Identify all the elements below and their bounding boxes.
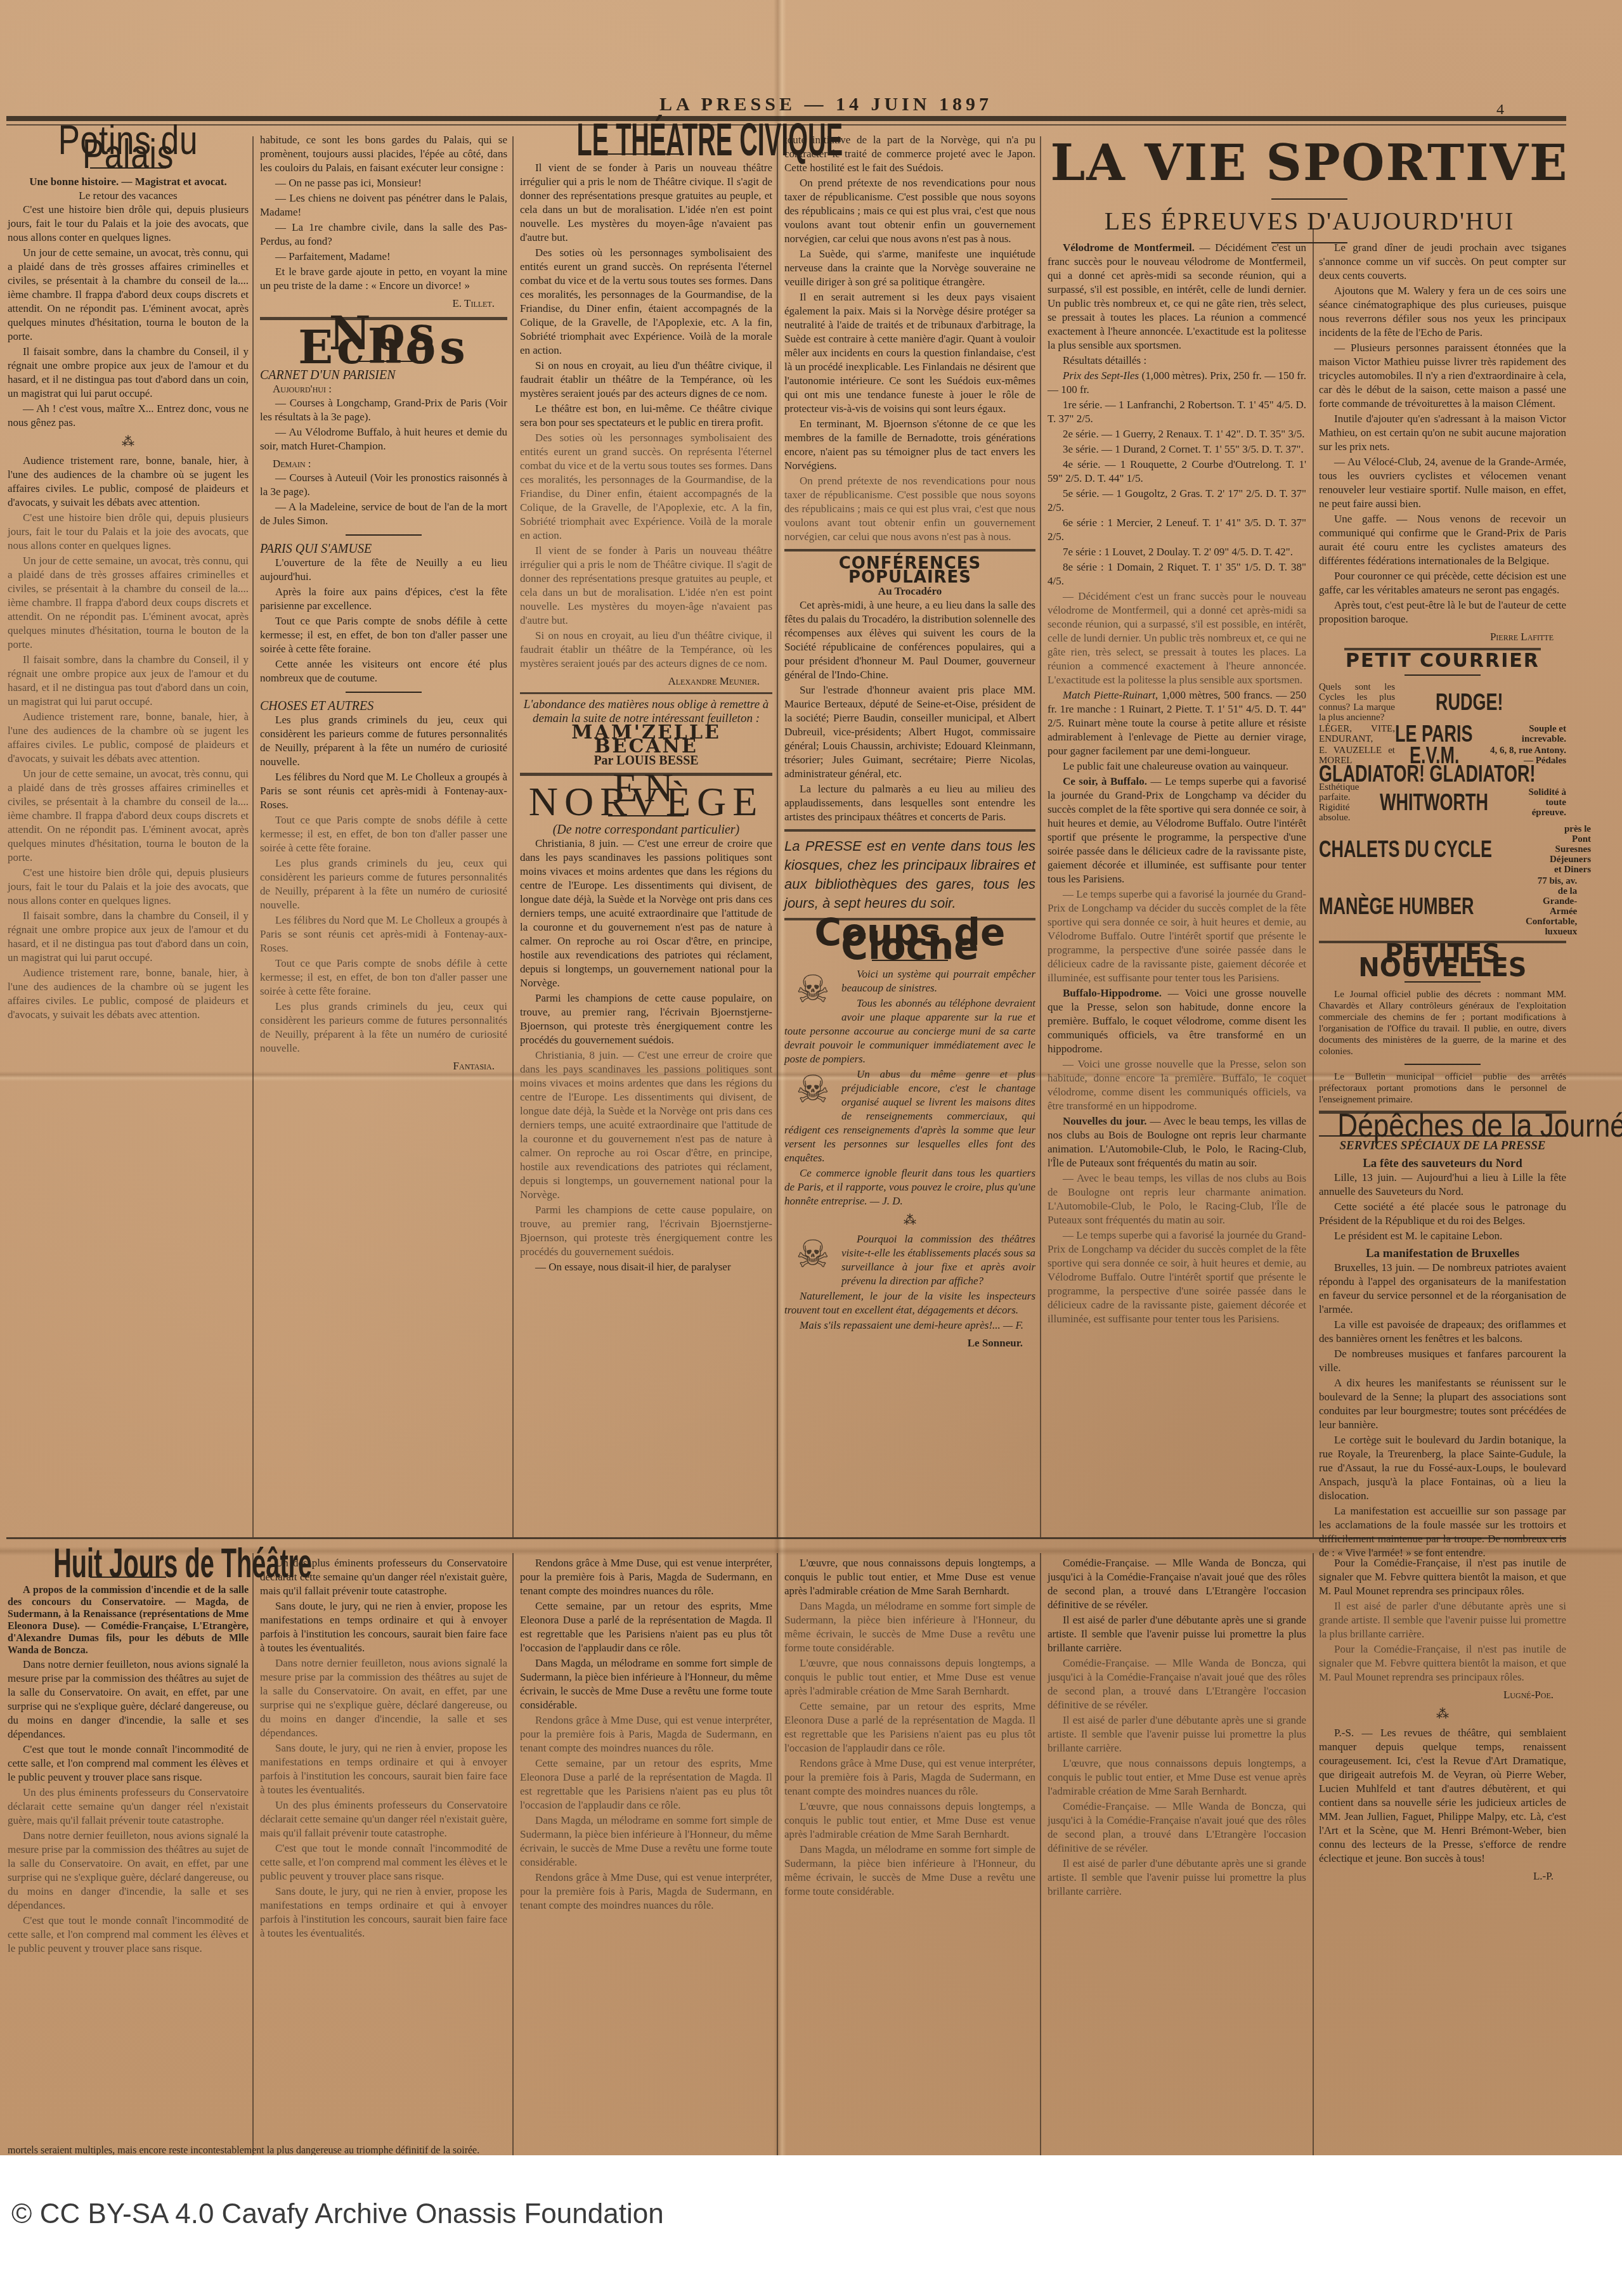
paragraph: Et le brave garde ajoute in petto, en vo… (260, 265, 507, 293)
article-huit-jours-col5: Comédie-Française. — Mlle Wanda de Boncz… (1048, 1556, 1306, 1900)
ad-right-text: 77 bis, av. de la Grande-Armée Confortab… (1526, 876, 1577, 937)
paragraph: Il est aisé de parler d'une débutante ap… (1048, 1713, 1306, 1755)
paragraph: Le grand dîner de jeudi prochain avec ts… (1319, 241, 1566, 283)
paragraph: L'ouverture de la fête de Neuilly a eu l… (260, 556, 507, 584)
paragraph: Il faisait sombre, dans la chambre du Co… (8, 653, 249, 709)
results-label: Résultats détaillés : (1048, 354, 1306, 368)
paragraph: — Le temps superbe qui a favorisé la jou… (1048, 1229, 1306, 1326)
article-subtitle-2: Le retour des vacances (8, 189, 249, 203)
race-title: Prix des Sept-Iles (1063, 370, 1139, 382)
column-divider (1313, 228, 1314, 1537)
paragraph: Si on nous en croyait, au lieu d'un théâ… (520, 359, 772, 401)
ad-brand: WHITWORTH (1380, 796, 1488, 809)
paragraph: P.-S. — Les revues de théâtre, qui sembl… (1319, 1726, 1566, 1866)
classified-ad: GLADIATOR! GLADIATOR! (1319, 767, 1566, 781)
dispatch-headline: La manifestation de Bruxelles (1319, 1247, 1566, 1261)
paragraph: Dans notre dernier feuilleton, nous avio… (8, 1658, 249, 1741)
column-divider (777, 136, 778, 1537)
ad-brand: LE PARIS (1395, 727, 1473, 741)
bottom-line: mortels seraient multiples, mais encore … (8, 2144, 1555, 2155)
title-rule (346, 534, 422, 536)
article-theatre-civique: LE THÉATRE CIVIQUE Il vient de se fonder… (520, 133, 772, 1275)
result-row: 2e série. — 1 Guerry, 2 Renaux. T. 1' 42… (1048, 427, 1306, 441)
paragraph: Rendons grâce à Mme Duse, qui est venue … (784, 1757, 1035, 1798)
paragraph: Audience tristement rare, bonne, banale,… (8, 710, 249, 766)
paragraph: Lille, 13 juin. — Aujourd'hui a lieu à L… (1319, 1171, 1566, 1199)
paragraph: Audience tristement rare, bonne, banale,… (8, 454, 249, 510)
paragraph: Dans notre dernier feuilleton, nous avio… (8, 1829, 249, 1912)
paragraph: C'est que tout le monde connaît l'incomm… (8, 1743, 249, 1784)
column-divider (512, 136, 514, 1537)
article-title: Coups de Cloche (784, 925, 1035, 953)
paragraph: Il en serait autrement si les deux pays … (784, 290, 1035, 416)
paragraph: — On essaye, nous disait-il hier, de par… (520, 1260, 772, 1274)
ad-brand: RUDGE! (1436, 695, 1503, 709)
paragraph: Les plus grands criminels du jeu, ceux q… (260, 1000, 507, 1055)
result-row: 5e série. — 1 Gougoltz, 2 Gras. T. 2' 17… (1048, 487, 1306, 515)
article-vie-sportive-header: LA VIE SPORTIVE LES ÉPREUVES D'AUJOURD'H… (1046, 134, 1573, 250)
paragraph: — Ah ! c'est vous, maître X... Entrez do… (8, 402, 249, 430)
paragraph: On prend prétexte de nos revendications … (784, 176, 1035, 246)
article-title: Potins du Palais (32, 133, 224, 161)
signature: Alexandre Meunier. (520, 674, 760, 688)
title-rule (346, 692, 422, 693)
summary: A propos de la commission d'incendie et … (8, 1584, 249, 1656)
article-title: Huit Jours de Théâtre (53, 1556, 203, 1570)
paragraph: Il est aisé de parler d'une débutante ap… (1048, 1613, 1306, 1655)
paragraph: Cet après-midi, à une heure, a eu lieu d… (784, 598, 1035, 682)
result-row: 8e série : 1 Domain, 2 Riquet. T. 1' 35"… (1048, 560, 1306, 588)
paragraph: Pour couronner ce qui précède, cette déc… (1319, 569, 1566, 597)
paragraph: Il faisait sombre, dans la chambre du Co… (8, 909, 249, 965)
paragraph: L'œuvre, que nous connaissons depuis lon… (1048, 1757, 1306, 1798)
ad-left-text: Esthétique parfaite. Rigidité absolue. (1319, 782, 1380, 823)
paragraph: Comédie-Française. — Mlle Wanda de Boncz… (1048, 1656, 1306, 1712)
buffalo-text: — Le temps superbe qui a favorisé la jou… (1048, 775, 1306, 885)
masthead: LA PRESSE — 14 JUIN 1897 (659, 94, 992, 115)
ad-brand: GLADIATOR! GLADIATOR! (1319, 767, 1535, 781)
article-vie-sportive-col2: Le grand dîner de jeudi prochain avec ts… (1319, 241, 1566, 1561)
article-huit-jours-col1: Huit Jours de Théâtre A propos de la com… (8, 1556, 249, 1957)
signature: Pierre Lafitte (1319, 630, 1554, 644)
ad-left-text: Quels sont les Cycles les plus connus? L… (1319, 682, 1395, 723)
paragraph: Ajoutons que M. Walery y fera un de ces … (1319, 284, 1566, 340)
paragraph: Un des plus éminents professeurs du Cons… (8, 1786, 249, 1828)
paragraph: Sans doute, le jury, qui ne rien à envie… (260, 1885, 507, 1940)
paragraph: Le Bulletin municipal officiel publie de… (1319, 1071, 1566, 1106)
paragraph: Cette semaine, par un retour des esprits… (520, 1757, 772, 1812)
article-title: LA VIE SPORTIVE (1046, 134, 1573, 192)
article-huit-jours-col3: Rendons grâce à Mme Duse, qui est venue … (520, 1556, 772, 1914)
paragraph: Le cortège suit le boulevard du Jardin b… (1319, 1433, 1566, 1503)
section-title: Nos Echos (260, 326, 507, 354)
paragraph: Parmi les champions de cette cause popul… (520, 991, 772, 1047)
paragraph: Les félibres du Nord que M. Le Cholleux … (260, 913, 507, 955)
paragraph: Des soties où les personnages symbolisai… (520, 246, 772, 358)
byline: (De notre correspondant particulier) (520, 823, 772, 837)
column-divider (1040, 1553, 1041, 2155)
paragraph: Après tout, c'est peut-être là le but de… (1319, 598, 1566, 626)
ad-brand: CHALETS DU CYCLE (1319, 842, 1492, 856)
section-rule (784, 549, 1035, 551)
paragraph: Le président est M. le capitaine Lebon. (1319, 1229, 1566, 1243)
signature: Lugné-Poe. (1319, 1688, 1554, 1702)
classified-ad: Quels sont les Cycles les plus connus? L… (1319, 682, 1566, 723)
match-title: Match Piette-Ruinart (1063, 689, 1155, 701)
asterism: ⁂ (1319, 1707, 1566, 1721)
paragraph: Sur l'estrade d'honneur avaient pris pla… (784, 683, 1035, 781)
paragraph: La Suède, qui s'arme, manifeste une inqu… (784, 247, 1035, 289)
result-row: 4e série. — 1 Rouquette, 2 Courbe d'Outr… (1048, 458, 1306, 486)
paragraph: Bruxelles, 13 juin. — De nombreux patrio… (1319, 1261, 1566, 1317)
paragraph: Tout ce que Paris compte de snobs défile… (260, 813, 507, 855)
title-rule (1405, 674, 1481, 676)
column-divider (1313, 1553, 1314, 2155)
paragraph: L'œuvre, que nous connaissons depuis lon… (784, 1656, 1035, 1698)
paragraph: Christiania, 8 juin. — C'est une erreur … (520, 837, 772, 990)
paragraph: — Les chiens ne doivent pas pénétrer dan… (260, 191, 507, 219)
subsection-title: PARIS QUI S'AMUSE (260, 542, 507, 556)
paragraph: La ville est pavoisée de drapeaux; des o… (1319, 1318, 1566, 1346)
paragraph: Cette semaine, par un retour des esprits… (520, 1599, 772, 1655)
ad-right-text: près le Pont Suresnes Déjeuners et Diner… (1550, 824, 1591, 875)
agenda-item: — Courses à Auteuil (Voir les pronostics… (260, 471, 507, 499)
paragraph: Dans Magda, un mélodrame en somme fort s… (520, 1656, 772, 1712)
signature: Le Sonneur. (784, 1336, 1023, 1350)
article-subtitle: Au Trocadéro (784, 584, 1035, 598)
paragraph: — Plusieurs personnes paraissent étonnée… (1319, 341, 1566, 411)
paragraph: C'est que tout le monde connaît l'incomm… (8, 1914, 249, 1956)
article-potins-du-palais: Potins du Palais Une bonne histoire. — M… (8, 133, 249, 1023)
paragraph: Un des plus éminents professeurs du Cons… (260, 1556, 507, 1598)
paragraph: Il vient de se fonder à Paris un nouveau… (520, 161, 772, 245)
asterism: ⁂ (784, 1213, 1035, 1227)
column-divider (252, 136, 254, 1537)
paragraph: Audience tristement rare, bonne, banale,… (8, 966, 249, 1022)
paragraph: Cette société a été placée sous le patro… (1319, 1200, 1566, 1228)
article-huit-jours-col4: L'œuvre, que nous connaissons depuis lon… (784, 1556, 1035, 1900)
result-row: 3e série. — 1 Durand, 2 Cornet. T. 1' 55… (1048, 442, 1306, 456)
paragraph: — Décidément c'est un franc succès pour … (1048, 590, 1306, 687)
hippodrome-title: Buffalo-Hippodrome. (1063, 987, 1162, 999)
subsection-title: CHOSES ET AUTRES (260, 699, 507, 713)
paragraph: Christiania, 8 juin. — C'est une erreur … (520, 1048, 772, 1202)
label-tomorrow: Demain : (273, 457, 507, 471)
article-nos-echos: habitude, ce sont les bons gardes du Pal… (260, 133, 507, 1077)
paragraph: C'est une histoire bien drôle qui, depui… (8, 866, 249, 908)
paragraph: Dans Magda, un mélodrame en somme fort s… (784, 1843, 1035, 1899)
article-norvege-continued: toute initiative de la part de la Norvèg… (784, 133, 1035, 1354)
skeleton-bell-ringer-illustration: ☠ (784, 1067, 841, 1112)
section-rule (520, 773, 772, 776)
agenda-item: — Courses à Longchamp, Grand-Prix de Par… (260, 396, 507, 424)
news-title: Nouvelles du jour. (1063, 1115, 1147, 1127)
paragraph: Le théâtre est bon, en lui-même. Ce théâ… (520, 402, 772, 430)
skeleton-bell-ringer-illustration: ☠ (784, 967, 841, 1012)
article-title: LE THÉATRE CIVIQUE (577, 133, 716, 147)
section-rule (520, 692, 772, 694)
paragraph: Tout ce que Paris compte de snobs défile… (260, 614, 507, 656)
result-row: 6e série : 1 Mercier, 2 Leneuf. T. 1' 41… (1048, 516, 1306, 544)
article-title: EN NORVÈGE (520, 781, 772, 809)
paragraph: — On ne passe pas ici, Monsieur! (260, 176, 507, 190)
paragraph: Il est aisé de parler d'une débutante ap… (1319, 1599, 1566, 1641)
paragraph: — Le temps superbe qui a favorisé la jou… (1048, 887, 1306, 985)
result-row: 7e série : 1 Louvet, 2 Doulay. T. 2' 09"… (1048, 545, 1306, 559)
paragraph: Comédie-Française. — Mlle Wanda de Boncz… (1048, 1800, 1306, 1855)
ad-right-text: Souple et increvable. (1498, 724, 1566, 744)
skeleton-bell-ringer-illustration: ☠ (784, 1232, 841, 1277)
classified-ads: Quels sont les Cycles les plus connus? L… (1319, 682, 1566, 937)
section-rule (1319, 941, 1566, 943)
paragraph: Rendons grâce à Mme Duse, qui est venue … (520, 1713, 772, 1755)
signature: L.-P. (1319, 1869, 1554, 1883)
classified-ad: MANÈGE HUMBER77 bis, av. de la Grande-Ar… (1319, 876, 1566, 937)
paragraph: — Parfaitement, Madame! (260, 250, 507, 264)
title-rule (1405, 1064, 1481, 1065)
paragraph: Sans doute, le jury, qui ne rien à envie… (260, 1599, 507, 1655)
paragraph: Un jour de cette semaine, un avocat, trè… (8, 246, 249, 344)
article-vie-sportive-col1: Vélodrome de Montfermeil. — Décidément c… (1048, 241, 1306, 1327)
paragraph: On prend prétexte de nos revendications … (784, 474, 1035, 544)
paragraph: — Voici une grosse nouvelle que la Press… (1048, 1057, 1306, 1113)
section-rule (260, 317, 507, 320)
column-divider (512, 1553, 514, 2155)
paragraph: Dans Magda, un mélodrame en somme fort s… (784, 1599, 1035, 1655)
article-subtitle: Une bonne histoire. — Magistrat et avoca… (8, 175, 249, 189)
section-rule (784, 829, 1035, 832)
article-huit-jours-col6: Pour la Comédie-Française, il n'est pas … (1319, 1556, 1566, 1887)
section-title: PETITES NOUVELLES (1319, 947, 1566, 975)
paragraph: Pour la Comédie-Française, il n'est pas … (1319, 1642, 1566, 1684)
paragraph: Mais s'ils repassaient une demi-heure ap… (784, 1319, 1035, 1332)
paragraph: Ce commerce ignoble fleurit dans tous le… (784, 1166, 1035, 1208)
paragraph: — Avec le beau temps, les villas de nos … (1048, 1171, 1306, 1227)
paragraph: Une gaffe. — Nous venons de recevoir un … (1319, 512, 1566, 568)
copyright-footer: © CC BY-SA 4.0 Cavafy Archive Onassis Fo… (11, 2198, 664, 2230)
result-row: 1re série. — 1 Lanfranchi, 2 Robertson. … (1048, 398, 1306, 426)
paragraph: Il faisait sombre, dans la chambre du Co… (8, 345, 249, 401)
paragraph: Dans notre dernier feuilleton, nous avio… (260, 1656, 507, 1740)
buffalo-title: Ce soir, à Buffalo. (1063, 775, 1147, 787)
paragraph: C'est une histoire bien drôle qui, depui… (8, 203, 249, 245)
paragraph: En terminant, M. Bjoernson s'étonne de c… (784, 417, 1035, 473)
section-title: PETIT COURRIER (1319, 654, 1566, 668)
paragraph: Après la foire aux pains d'épices, c'est… (260, 585, 507, 613)
paragraph: habitude, ce sont les bons gardes du Pal… (260, 133, 507, 175)
paragraph: L'œuvre, que nous connaissons depuis lon… (784, 1800, 1035, 1841)
column-divider (252, 1553, 254, 2155)
feuilleton-title: MAM'ZELLE BÉCANE (520, 726, 772, 754)
paragraph: Dans Magda, un mélodrame en somme fort s… (520, 1814, 772, 1869)
asterism: ⁂ (8, 435, 249, 449)
paragraph: Un des plus éminents professeurs du Cons… (260, 1798, 507, 1840)
paragraph: De nombreuses musiques et fanfares parco… (1319, 1347, 1566, 1375)
paragraph: Le public fait une chaleureuse ovation a… (1048, 759, 1306, 773)
paragraph: Sans doute, le jury, qui ne rien à envie… (260, 1741, 507, 1797)
ad-brand: MANÈGE HUMBER (1319, 900, 1474, 913)
paragraph: La manifestation est accueillie sur son … (1319, 1504, 1566, 1560)
paragraph: toute initiative de la part de la Norvèg… (784, 133, 1035, 175)
paragraph: C'est que tout le monde connaît l'incomm… (260, 1841, 507, 1883)
article-huit-jours-col2: Un des plus éminents professeurs du Cons… (260, 1556, 507, 1942)
classified-ad: CHALETS DU CYCLEprès le Pont Suresnes Dé… (1319, 824, 1566, 875)
paragraph: Un jour de cette semaine, un avocat, trè… (8, 554, 249, 652)
article-subtitle: LES ÉPREUVES D'AUJOURD'HUI (1046, 206, 1573, 236)
paragraph: — La 1re chambre civile, dans la salle d… (260, 221, 507, 248)
lead-text: — Décidément c'est un franc succès pour … (1048, 242, 1306, 351)
paragraph: — Au Vélocé-Club, 24, avenue de la Grand… (1319, 455, 1566, 511)
paragraph: Cette semaine, par un retour des esprits… (784, 1699, 1035, 1755)
paragraph: Les félibres du Nord que M. Le Cholleux … (260, 770, 507, 812)
title-rule (1271, 198, 1347, 200)
section-rule (1344, 648, 1541, 650)
newspaper-page: LA PRESSE — 14 JUIN 1897 4 Potins du Pal… (0, 0, 1622, 2155)
subsection-title: CARNET D'UN PARISIEN (260, 368, 507, 382)
paragraph: Rendons grâce à Mme Duse, qui est venue … (520, 1556, 772, 1598)
paragraph: Cette année les visiteurs ont encore été… (260, 657, 507, 685)
paragraph: Les plus grands criminels du jeu, ceux q… (260, 713, 507, 769)
paragraph: Inutile d'ajouter qu'en s'adressant à la… (1319, 412, 1566, 454)
paragraph: Des soties où les personnages symbolisai… (520, 431, 772, 543)
paragraph: Le Journal officiel publie des décrets :… (1319, 989, 1566, 1057)
paragraph: Naturellement, le jour de la visite les … (784, 1289, 1035, 1317)
paragraph: Il est aisé de parler d'une débutante ap… (1048, 1857, 1306, 1899)
classified-ad: LÉGER, VITE, ENDURANT,LE PARISSouple et … (1319, 724, 1566, 744)
section-rule (784, 918, 1035, 920)
column-divider (1040, 136, 1041, 1537)
paragraph: Si on nous en croyait, au lieu d'un théâ… (520, 629, 772, 671)
paragraph: Il vient de se fonder à Paris un nouveau… (520, 544, 772, 628)
paragraph: Parmi les champions de cette cause popul… (520, 1203, 772, 1259)
dispatch-headline: La fête des sauveteurs du Nord (1319, 1157, 1566, 1171)
ad-right-text: Solidité à toute épreuve. (1524, 787, 1566, 818)
paragraph: Pour la Comédie-Française, il n'est pas … (1319, 1556, 1566, 1598)
ad-left-text: LÉGER, VITE, ENDURANT, (1319, 724, 1395, 744)
paragraph: Tout ce que Paris compte de snobs défile… (260, 957, 507, 998)
sale-notice: La PRESSE est en vente dans tous les kio… (784, 837, 1035, 913)
paragraph: Rendons grâce à Mme Duse, qui est venue … (520, 1871, 772, 1912)
section-title: Dépêches de la Journée (1337, 1119, 1548, 1133)
paragraph: A dix heures les manifestants se réuniss… (1319, 1376, 1566, 1432)
paragraph: Les plus grands criminels du jeu, ceux q… (260, 856, 507, 912)
agenda-item: — Au Vélodrome Buffalo, à huit heures et… (260, 425, 507, 453)
paragraph: La lecture du palmarès a eu lieu au mili… (784, 782, 1035, 824)
lead-title: Vélodrome de Montfermeil. (1063, 242, 1195, 254)
signature: Fantasia. (260, 1059, 495, 1073)
paragraph: L'œuvre, que nous connaissons depuis lon… (784, 1556, 1035, 1598)
label-today: Aujourd'hui : (273, 382, 507, 396)
paragraph: Comédie-Française. — Mlle Wanda de Boncz… (1048, 1556, 1306, 1612)
paragraph: Un jour de cette semaine, un avocat, trè… (8, 767, 249, 865)
article-title: CONFÉRENCES POPULAIRES (784, 557, 1035, 584)
agenda-item: — A la Madeleine, service de bout de l'a… (260, 500, 507, 528)
classified-ad: Esthétique parfaite. Rigidité absolue.WH… (1319, 782, 1566, 823)
paragraph: C'est une histoire bien drôle qui, depui… (8, 511, 249, 553)
column-divider (777, 1553, 778, 2155)
